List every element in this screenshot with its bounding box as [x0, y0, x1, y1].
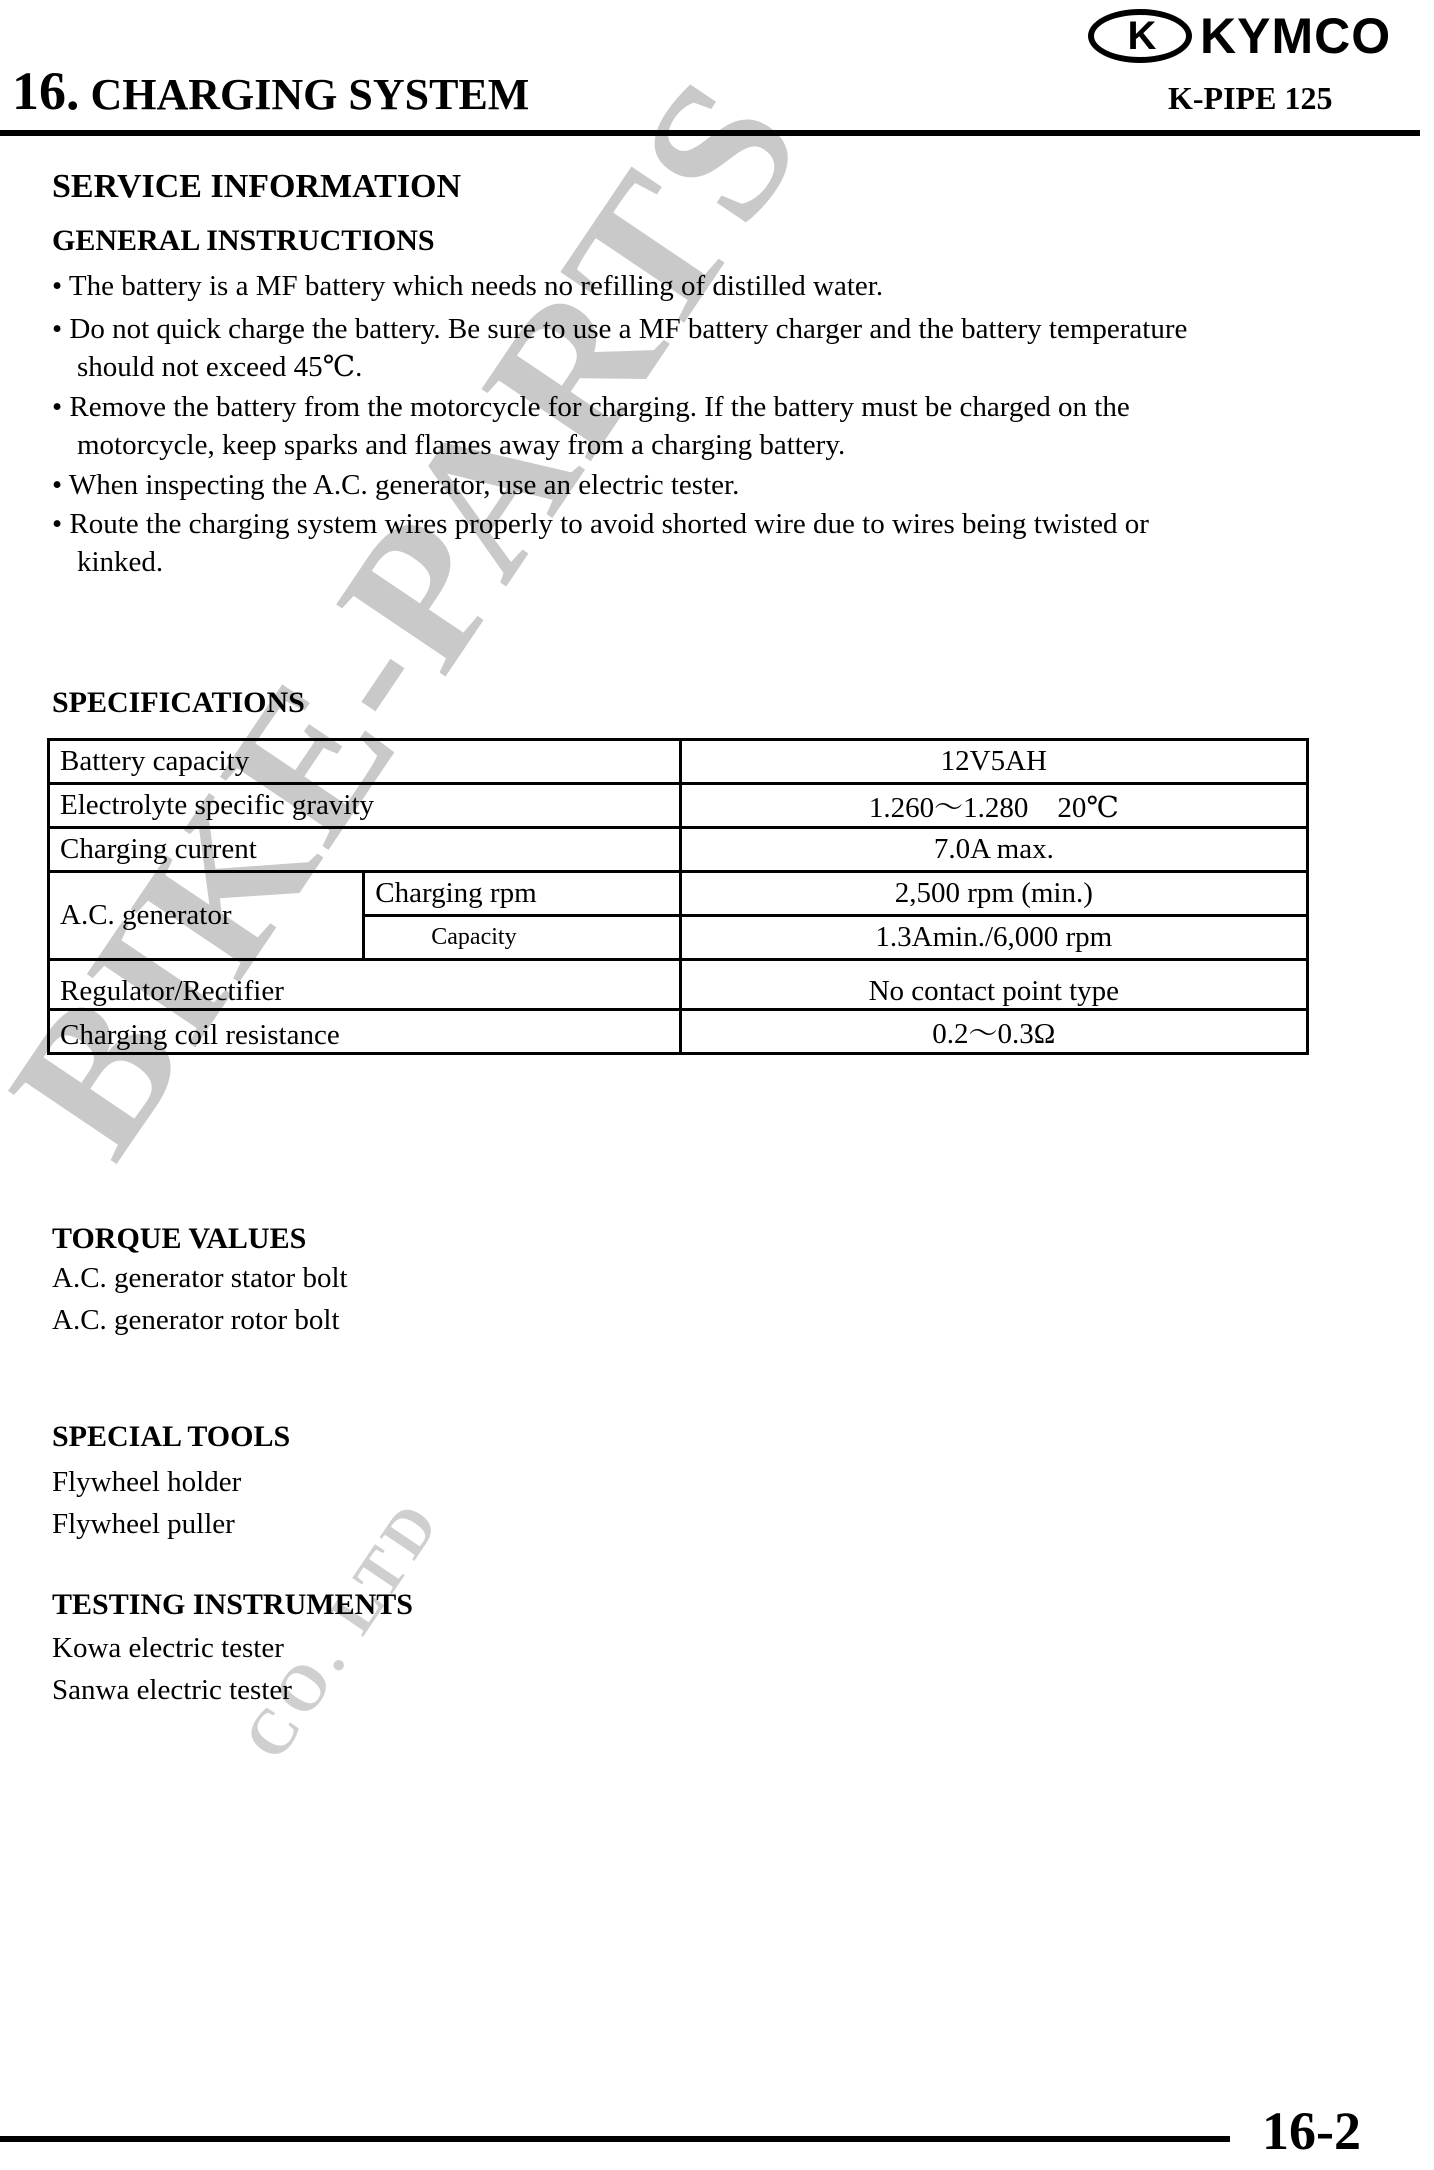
- spec-sub-label: Charging rpm: [364, 872, 680, 916]
- header-divider: [0, 130, 1420, 136]
- kymco-logo-icon: K: [1088, 9, 1192, 63]
- spec-value: 12V5AH: [680, 740, 1307, 784]
- instruction-item: • When inspecting the A.C. generator, us…: [52, 466, 1382, 504]
- section-title-special-tools: SPECIAL TOOLS: [52, 1420, 290, 1454]
- instruction-continuation: motorcycle, keep sparks and flames away …: [52, 426, 1382, 464]
- instrument-item: Kowa electric tester: [52, 1632, 284, 1665]
- spec-label: Charging current: [49, 828, 681, 872]
- instruction-text: When inspecting the A.C. generator, use …: [69, 469, 739, 501]
- spec-value: 7.0A max.: [680, 828, 1307, 872]
- bullet-icon: •: [52, 469, 62, 501]
- bullet-icon: •: [52, 391, 62, 423]
- instruction-item: • Route the charging system wires proper…: [52, 505, 1382, 581]
- logo-mark-letter: K: [1128, 16, 1153, 56]
- footer-divider: [0, 2136, 1230, 2142]
- table-row: Electrolyte specific gravity 1.260～1.280…: [49, 784, 1308, 828]
- instruction-item: • Remove the battery from the motorcycle…: [52, 388, 1382, 464]
- torque-item: A.C. generator stator bolt: [52, 1262, 348, 1295]
- bullet-icon: •: [52, 270, 62, 302]
- specifications-table: Battery capacity 12V5AH Electrolyte spec…: [47, 738, 1309, 1055]
- instruction-item: • The battery is a MF battery which need…: [52, 267, 1382, 305]
- instruction-continuation: kinked.: [52, 543, 1382, 581]
- instruction-item: • Do not quick charge the battery. Be su…: [52, 310, 1382, 386]
- instruction-text: Remove the battery from the motorcycle f…: [69, 391, 1129, 423]
- spec-sub-label: Capacity: [364, 916, 680, 960]
- table-row: A.C. generator Charging rpm 2,500 rpm (m…: [49, 872, 1308, 916]
- chapter-number: 16.: [12, 61, 80, 121]
- spec-label: Electrolyte specific gravity: [49, 784, 681, 828]
- instrument-item: Sanwa electric tester: [52, 1674, 292, 1707]
- instruction-text: Route the charging system wires properly…: [69, 508, 1149, 540]
- table-row: Battery capacity 12V5AH: [49, 740, 1308, 784]
- bullet-icon: •: [52, 313, 62, 345]
- spec-label: Regulator/Rectifier: [49, 960, 681, 1010]
- instruction-text: The battery is a MF battery which needs …: [69, 270, 883, 302]
- tool-item: Flywheel puller: [52, 1508, 235, 1541]
- page-number: 16-2: [1262, 2100, 1361, 2162]
- spec-group-label: A.C. generator: [49, 872, 364, 960]
- watermark-sub-text: CO. LTD: [233, 1489, 451, 1770]
- subsection-title-general-instructions: GENERAL INSTRUCTIONS: [52, 224, 435, 258]
- spec-label: Charging coil resistance: [49, 1010, 681, 1054]
- instruction-continuation: should not exceed 45℃.: [52, 348, 1382, 386]
- bullet-icon: •: [52, 508, 62, 540]
- spec-value: 1.260～1.280 20℃: [680, 784, 1307, 828]
- spec-label: Battery capacity: [49, 740, 681, 784]
- chapter-title-text: CHARGING SYSTEM: [91, 70, 530, 119]
- instruction-text: Do not quick charge the battery. Be sure…: [69, 313, 1187, 345]
- page-header: K KYMCO 16. CHARGING SYSTEM K-PIPE 125: [0, 0, 1434, 140]
- table-row: Regulator/Rectifier No contact point typ…: [49, 960, 1308, 1010]
- torque-item: A.C. generator rotor bolt: [52, 1304, 340, 1337]
- spec-value: 1.3Amin./6,000 rpm: [680, 916, 1307, 960]
- section-title-torque-values: TORQUE VALUES: [52, 1222, 306, 1256]
- spec-value: No contact point type: [680, 960, 1307, 1010]
- spec-value: 2,500 rpm (min.): [680, 872, 1307, 916]
- table-row: Charging current 7.0A max.: [49, 828, 1308, 872]
- section-title-testing-instruments: TESTING INSTRUMENTS: [52, 1588, 413, 1622]
- model-name: K-PIPE 125: [1168, 80, 1332, 117]
- brand-logo: K KYMCO: [1088, 8, 1391, 64]
- table-row: Charging coil resistance 0.2～0.3Ω: [49, 1010, 1308, 1054]
- tool-item: Flywheel holder: [52, 1466, 241, 1499]
- spec-value: 0.2～0.3Ω: [680, 1010, 1307, 1054]
- section-title-service-information: SERVICE INFORMATION: [52, 168, 461, 206]
- chapter-title: 16. CHARGING SYSTEM: [12, 60, 529, 122]
- section-title-specifications: SPECIFICATIONS: [52, 686, 305, 720]
- brand-name: KYMCO: [1200, 7, 1391, 65]
